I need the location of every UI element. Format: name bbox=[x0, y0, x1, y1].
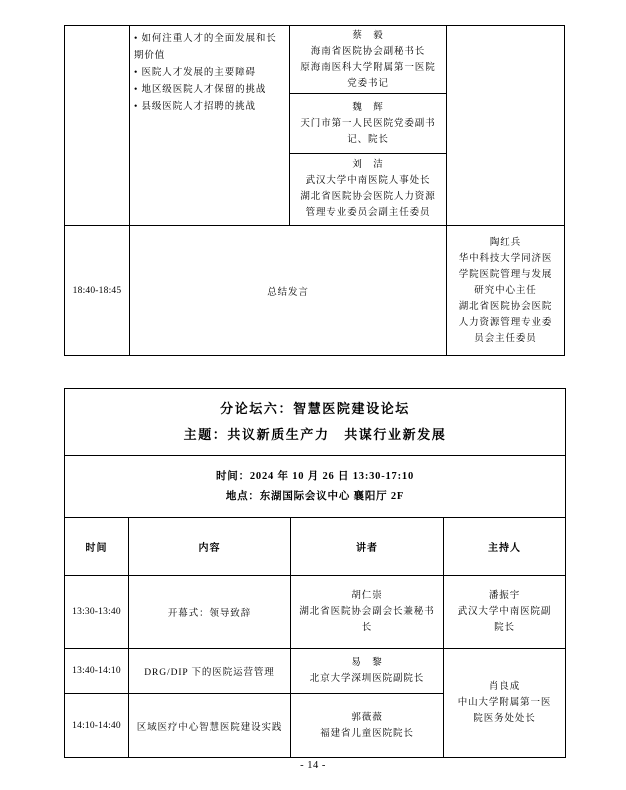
content-cell: 开幕式：领导致辞 bbox=[129, 576, 291, 649]
speaker-name: 蔡 毅 bbox=[352, 28, 383, 44]
speaker-title-line: 武汉大学中南医院人事处长 bbox=[306, 173, 431, 189]
speaker-title-line: 记、院长 bbox=[347, 132, 389, 148]
summary-content-cell: 总结发言 bbox=[130, 226, 447, 356]
speaker-block: 刘 洁 武汉大学中南医院人事处长 湖北省医院协会医院人力资源 管理专业委员会副主… bbox=[290, 154, 446, 224]
session6-title: 分论坛六：智慧医院建设论坛 bbox=[65, 399, 565, 419]
moderator-name: 肖良成 bbox=[444, 679, 565, 695]
agenda-row: 13:40-14:10 DRG/DIP 下的医院运营管理 易 黎 北京大学深圳医… bbox=[65, 649, 566, 694]
speaker-block: 蔡 毅 海南省医院协会副秘书长 原海南医科大学附属第一医院 党委书记 bbox=[290, 26, 446, 94]
moderator-title-line: 湖北省医院协会医院 bbox=[447, 299, 564, 315]
moderator-title-line: 员会主任委员 bbox=[447, 331, 564, 347]
speaker-title-line: 北京大学深圳医院副院长 bbox=[291, 671, 443, 687]
speaker-cell: 胡仁崇 湖北省医院协会副会长兼秘书 长 bbox=[291, 576, 444, 649]
session6-time: 时间：2024 年 10 月 26 日 13:30-17:10 bbox=[65, 467, 565, 487]
speaker-cell: 郭薇薇 福建省儿童医院院长 bbox=[291, 694, 444, 758]
topics-cell: • 如何注重人才的全面发展和长 期价值 • 医院人才发展的主要障碍 • 地区级医… bbox=[130, 26, 290, 226]
speaker-name: 刘 洁 bbox=[352, 157, 383, 173]
merged-moderator-cell: 肖良成 中山大学附属第一医 院医务处处长 bbox=[444, 649, 566, 758]
topic-line: • 地区级医院人才保留的挑战 bbox=[134, 82, 287, 99]
session6-theme: 主题：共议新质生产力 共谋行业新发展 bbox=[65, 425, 565, 445]
moderator-title-line: 中山大学附属第一医 bbox=[444, 695, 565, 711]
speaker-cell: 易 黎 北京大学深圳医院副院长 bbox=[291, 649, 444, 694]
page-number: - 14 - bbox=[0, 760, 626, 771]
session6-header-row: 时间 内容 讲者 主持人 bbox=[65, 518, 566, 576]
session6-title-cell: 分论坛六：智慧医院建设论坛 主题：共议新质生产力 共谋行业新发展 bbox=[65, 389, 566, 456]
moderator-cell-empty bbox=[447, 26, 565, 226]
content-cell: DRG/DIP 下的医院运营管理 bbox=[129, 649, 291, 694]
speaker-name: 郭薇薇 bbox=[291, 710, 443, 726]
speaker-title-line: 党委书记 bbox=[347, 76, 389, 92]
moderator-title-line: 华中科技大学同济医 bbox=[447, 251, 564, 267]
moderator-title-line: 武汉大学中南医院副 bbox=[444, 604, 565, 620]
speaker-title-line: 湖北省医院协会副会长兼秘书 bbox=[291, 604, 443, 620]
session6-table: 分论坛六：智慧医院建设论坛 主题：共议新质生产力 共谋行业新发展 时间：2024… bbox=[64, 388, 566, 758]
moderator-name: 潘振宇 bbox=[444, 588, 565, 604]
document-page: • 如何注重人才的全面发展和长 期价值 • 医院人才发展的主要障碍 • 地区级医… bbox=[0, 0, 626, 790]
moderator-title-line: 研究中心主任 bbox=[447, 283, 564, 299]
moderator-title-line: 院医务处处长 bbox=[444, 711, 565, 727]
speaker-name: 魏 辉 bbox=[352, 100, 383, 116]
speaker-name: 胡仁崇 bbox=[291, 588, 443, 604]
time-cell: 18:40-18:45 bbox=[65, 226, 130, 356]
agenda-row: 13:30-13:40 开幕式：领导致辞 胡仁崇 湖北省医院协会副会长兼秘书 长… bbox=[65, 576, 566, 649]
speaker-block: 魏 辉 天门市第一人民医院党委副书 记、院长 bbox=[290, 94, 446, 154]
session6-info-cell: 时间：2024 年 10 月 26 日 13:30-17:10 地点：东湖国际会… bbox=[65, 456, 566, 518]
moderator-title-line: 人力资源管理专业委 bbox=[447, 315, 564, 331]
session5-summary-row: 18:40-18:45 总结发言 陶红兵 华中科技大学同济医 学院医院管理与发展… bbox=[65, 226, 565, 356]
speakers-cell: 蔡 毅 海南省医院协会副秘书长 原海南医科大学附属第一医院 党委书记 魏 辉 天… bbox=[290, 26, 447, 226]
column-header-content: 内容 bbox=[129, 518, 291, 576]
speaker-title-line: 原海南医科大学附属第一医院 bbox=[300, 60, 435, 76]
speaker-name: 易 黎 bbox=[291, 655, 443, 671]
column-header-time: 时间 bbox=[65, 518, 129, 576]
content-cell: 区域医疗中心智慧医院建设实践 bbox=[129, 694, 291, 758]
time-cell: 13:40-14:10 bbox=[65, 649, 129, 694]
moderator-cell: 潘振宇 武汉大学中南医院副 院长 bbox=[444, 576, 566, 649]
column-header-speaker: 讲者 bbox=[291, 518, 444, 576]
time-cell: 13:30-13:40 bbox=[65, 576, 129, 649]
session6-location: 地点：东湖国际会议中心 襄阳厅 2F bbox=[65, 487, 565, 507]
topic-line: 期价值 bbox=[134, 48, 287, 65]
moderator-title-line: 院长 bbox=[444, 620, 565, 636]
speaker-title-line: 海南省医院协会副秘书长 bbox=[311, 44, 425, 60]
time-cell: 14:10-14:40 bbox=[65, 694, 129, 758]
session5-topic-row: • 如何注重人才的全面发展和长 期价值 • 医院人才发展的主要障碍 • 地区级医… bbox=[65, 26, 565, 226]
topic-line: • 如何注重人才的全面发展和长 bbox=[134, 31, 287, 48]
session6-title-row: 分论坛六：智慧医院建设论坛 主题：共议新质生产力 共谋行业新发展 bbox=[65, 389, 566, 456]
topic-line: • 县级医院人才招聘的挑战 bbox=[134, 99, 287, 116]
moderator-name: 陶红兵 bbox=[447, 235, 564, 251]
speaker-title-line: 管理专业委员会副主任委员 bbox=[306, 205, 431, 221]
speaker-title-line: 湖北省医院协会医院人力资源 bbox=[300, 189, 435, 205]
moderator-cell: 陶红兵 华中科技大学同济医 学院医院管理与发展 研究中心主任 湖北省医院协会医院… bbox=[447, 226, 565, 356]
speaker-title-line: 天门市第一人民医院党委副书 bbox=[300, 116, 435, 132]
speaker-title-line: 长 bbox=[291, 620, 443, 636]
speaker-title-line: 福建省儿童医院院长 bbox=[291, 726, 443, 742]
column-header-moderator: 主持人 bbox=[444, 518, 566, 576]
time-cell-empty bbox=[65, 26, 130, 226]
topic-line: • 医院人才发展的主要障碍 bbox=[134, 65, 287, 82]
session6-info-row: 时间：2024 年 10 月 26 日 13:30-17:10 地点：东湖国际会… bbox=[65, 456, 566, 518]
session5-table: • 如何注重人才的全面发展和长 期价值 • 医院人才发展的主要障碍 • 地区级医… bbox=[64, 25, 565, 356]
moderator-title-line: 学院医院管理与发展 bbox=[447, 267, 564, 283]
